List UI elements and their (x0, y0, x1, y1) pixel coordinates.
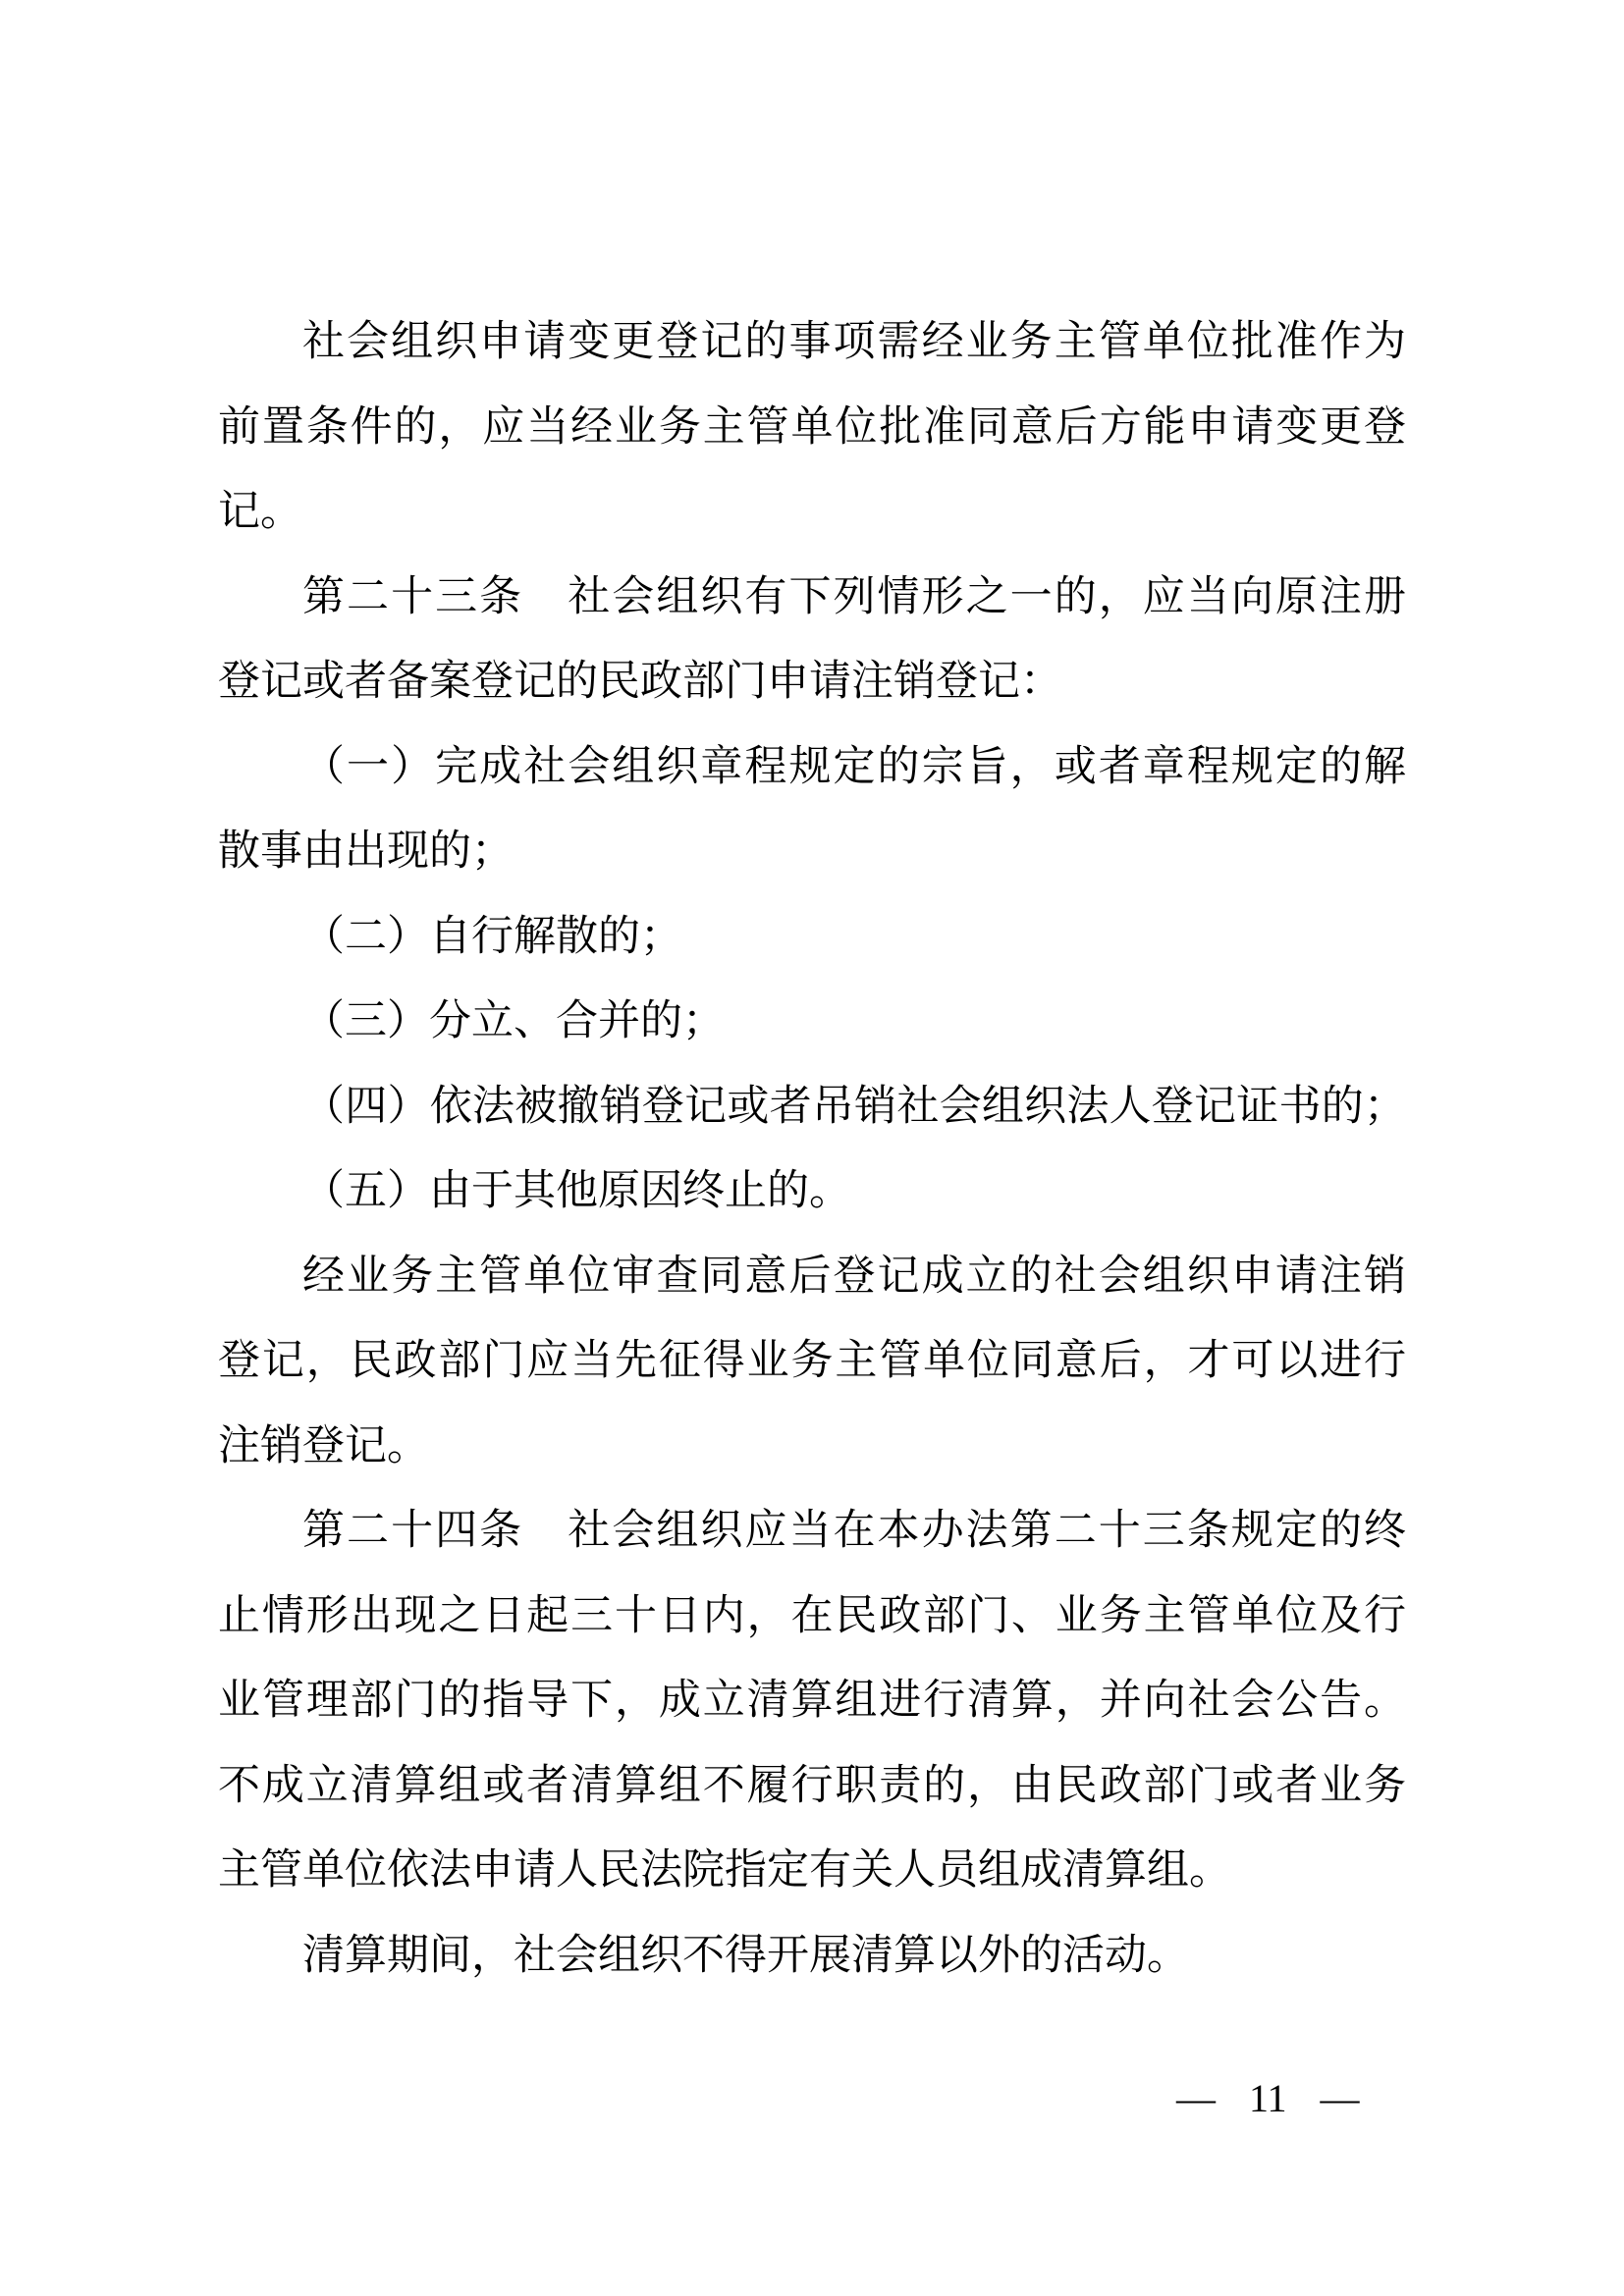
text-line: （一）完成社会组织章程规定的宗旨，或者章程规定的解 (218, 725, 1406, 811)
paragraph: 第二十四条 社会组织应当在本办法第二十三条规定的终止情形出现之日起三十日内，在民… (218, 1489, 1406, 1914)
text-line: （五）由于其他原因终止的。 (218, 1149, 1406, 1235)
text-line: 记。 (218, 470, 1406, 556)
text-line: （二）自行解散的； (218, 895, 1406, 981)
text-line: 经业务主管单位审查同意后登记成立的社会组织申请注销 (218, 1235, 1406, 1320)
paragraph: （一）完成社会组织章程规定的宗旨，或者章程规定的解散事由出现的； (218, 725, 1406, 895)
text-line: 登记，民政部门应当先征得业务主管单位同意后，才可以进行 (218, 1319, 1406, 1405)
text-line: 社会组织申请变更登记的事项需经业务主管单位批准作为 (218, 300, 1406, 386)
paragraph: 经业务主管单位审查同意后登记成立的社会组织申请注销登记，民政部门应当先征得业务主… (218, 1235, 1406, 1490)
text-line: 第二十四条 社会组织应当在本办法第二十三条规定的终 (218, 1489, 1406, 1575)
document-body: 社会组织申请变更登记的事项需经业务主管单位批准作为前置条件的，应当经业务主管单位… (218, 300, 1406, 1999)
footer-dash-left: — (1176, 2077, 1216, 2120)
paragraph: 第二十三条 社会组织有下列情形之一的，应当向原注册登记或者备案登记的民政部门申请… (218, 556, 1406, 725)
text-line: 不成立清算组或者清算组不履行职责的，由民政部门或者业务 (218, 1744, 1406, 1830)
text-line: 止情形出现之日起三十日内，在民政部门、业务主管单位及行 (218, 1575, 1406, 1660)
text-line: 第二十三条 社会组织有下列情形之一的，应当向原注册 (218, 556, 1406, 641)
paragraph: （四）依法被撤销登记或者吊销社会组织法人登记证书的； (218, 1065, 1406, 1150)
paragraph: 清算期间，社会组织不得开展清算以外的活动。 (218, 1914, 1406, 2000)
page-number: 11 (1249, 2077, 1287, 2120)
text-line: 散事由出现的； (218, 810, 1406, 895)
document-page: 社会组织申请变更登记的事项需经业务主管单位批准作为前置条件的，应当经业务主管单位… (0, 0, 1624, 2296)
text-line: （四）依法被撤销登记或者吊销社会组织法人登记证书的； (218, 1065, 1406, 1150)
text-line: （三）分立、合并的； (218, 980, 1406, 1065)
text-line: 主管单位依法申请人民法院指定有关人员组成清算组。 (218, 1829, 1406, 1914)
paragraph: （三）分立、合并的； (218, 980, 1406, 1065)
footer-dash-right: — (1321, 2077, 1360, 2120)
text-line: 前置条件的，应当经业务主管单位批准同意后方能申请变更登 (218, 386, 1406, 471)
paragraph: （五）由于其他原因终止的。 (218, 1149, 1406, 1235)
text-line: 业管理部门的指导下，成立清算组进行清算，并向社会公告。 (218, 1659, 1406, 1744)
text-line: 注销登记。 (218, 1405, 1406, 1490)
paragraph: 社会组织申请变更登记的事项需经业务主管单位批准作为前置条件的，应当经业务主管单位… (218, 300, 1406, 556)
text-line: 清算期间，社会组织不得开展清算以外的活动。 (218, 1914, 1406, 2000)
page-footer: — 11 — (1176, 2077, 1360, 2120)
paragraph: （二）自行解散的； (218, 895, 1406, 981)
text-line: 登记或者备案登记的民政部门申请注销登记： (218, 640, 1406, 725)
